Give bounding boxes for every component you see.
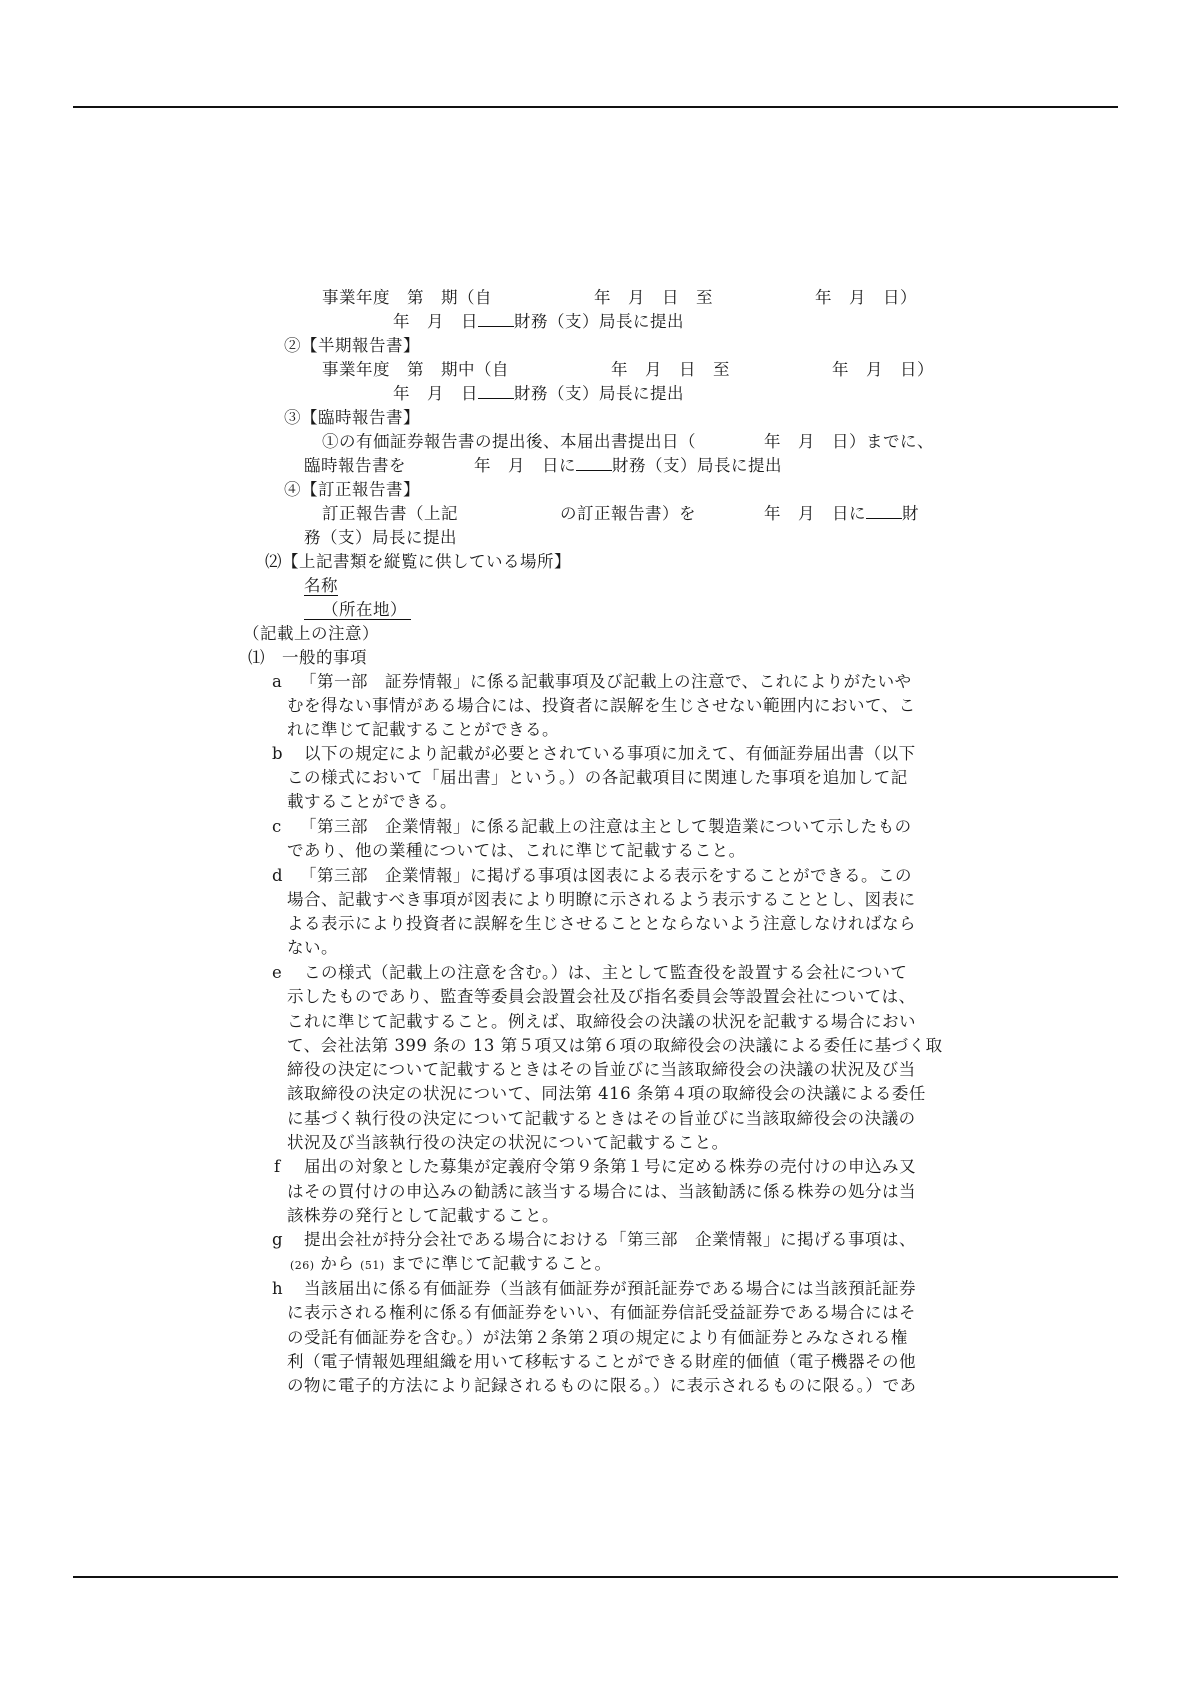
note-item-c-line-1: 「第三部 企業情報」に係る記載上の注意は主として製造業について示したもの bbox=[300, 815, 912, 839]
amendment-report-body-1: 訂正報告書（上記 の訂正報告書）を 年 月 日に財 bbox=[322, 502, 919, 526]
annual-report-submission: 年 月 日財務（支）局長に提出 bbox=[393, 310, 684, 334]
bureau-blank bbox=[478, 382, 514, 399]
note-item-e-line-7: に基づく執行役の決定について記載するときはその旨並びに当該取締役会の決議の bbox=[287, 1107, 916, 1131]
note-item-e-line-6: 該取締役の決定の状況について、同法第 416 条第４項の取締役会の決議による委任 bbox=[287, 1082, 926, 1106]
bureau-label: 財務（支）局長に提出 bbox=[514, 312, 684, 331]
note-item-e-label: e bbox=[272, 961, 282, 985]
extraordinary-report-body-1: ①の有価証券報告書の提出後、本届出書提出日（ 年 月 日）までに、 bbox=[322, 430, 934, 454]
note-item-d-line-3: よる表示により投資者に誤解を生じさせることとならないよう注意しなければなら bbox=[287, 912, 916, 936]
note-item-f-line-3: 該株券の発行として記載すること。 bbox=[287, 1204, 559, 1228]
note-item-a-label: a bbox=[272, 670, 282, 694]
note-item-c-label: c bbox=[272, 815, 282, 839]
extraordinary-report-body-2: 臨時報告書を 年 月 日に財務（支）局長に提出 bbox=[304, 454, 782, 478]
ref-mid: から bbox=[320, 1254, 354, 1273]
note-item-b-line-1: 以下の規定により記載が必要とされている事項に加えて、有価証券届出書（以下 bbox=[304, 742, 916, 766]
bureau-blank bbox=[866, 502, 902, 519]
note-item-f-line-1: 届出の対象とした募集が定義府令第９条第１号に定める株券の売付けの申込み又 bbox=[304, 1155, 916, 1179]
extraordinary-report-heading: ③【臨時報告書】 bbox=[284, 406, 420, 430]
note-item-h-label: h bbox=[272, 1277, 283, 1301]
bureau-label: 財務（支）局長に提出 bbox=[514, 384, 684, 403]
submission-date: 臨時報告書を 年 月 日に bbox=[304, 456, 576, 475]
note-item-d-line-1: 「第三部 企業情報」に掲げる事項は図表による表示をすることができる。この bbox=[300, 864, 912, 888]
note-item-e-line-8: 状況及び当該執行役の決定の状況について記載すること。 bbox=[287, 1131, 729, 1155]
note-item-b-label: b bbox=[272, 742, 283, 766]
note-item-h-line-3: の受託有価証券を含む。）が法第２条第２項の規定により有価証券とみなされる権 bbox=[287, 1326, 908, 1350]
note-item-b-line-3: 載することができる。 bbox=[287, 790, 457, 814]
ref-from: (26) bbox=[290, 1259, 315, 1272]
inspection-place-name: 名称 bbox=[304, 574, 338, 598]
note-item-h-line-4: 利（電子情報処理組織を用いて移転することができる財産的価値（電子機器その他 bbox=[287, 1350, 916, 1374]
place-name-label: 名称 bbox=[304, 577, 338, 596]
bureau-blank bbox=[478, 310, 514, 327]
note-item-d-line-2: 場合、記載すべき事項が図表により明瞭に示されるよう表示することとし、図表に bbox=[287, 888, 916, 912]
note-item-e-line-3: これに準じて記載すること。例えば、取締役会の決議の状況を記載する場合におい bbox=[287, 1010, 916, 1034]
semiannual-report-submission: 年 月 日財務（支）局長に提出 bbox=[393, 382, 684, 406]
note-item-a-line-2: むを得ない事情がある場合には、投資者に誤解を生じさせない範囲内において、こ bbox=[287, 694, 916, 718]
notes-title: （記載上の注意） bbox=[243, 622, 379, 646]
note-item-f-label: f bbox=[274, 1155, 281, 1179]
note-item-e-line-2: 示したものであり、監査等委員会設置会社及び指名委員会等設置会社については、 bbox=[287, 985, 916, 1009]
header-rule bbox=[73, 106, 1118, 108]
note-item-e-line-5: 締役の決定について記載するときはその旨並びに当該取締役会の決議の状況及び当 bbox=[287, 1058, 916, 1082]
note-item-f-line-2: はその買付けの申込みの勧誘に該当する場合には、当該勧誘に係る株券の処分は当 bbox=[287, 1180, 916, 1204]
note-item-h-line-1: 当該届出に係る有価証券（当該有価証券が預託証券である場合には当該預託証券 bbox=[304, 1277, 916, 1301]
note-item-e-line-4: て、会社法第 399 条の 13 第５項又は第６項の取締役会の決議による委任に基… bbox=[287, 1034, 943, 1058]
ref-to: (51) bbox=[360, 1259, 385, 1272]
note-item-d-line-4: ない。 bbox=[287, 936, 338, 960]
note-item-h-line-5: の物に電子的方法により記録されるものに限る。）に表示されるものに限る。）であ bbox=[287, 1374, 917, 1398]
note-item-g-line-2: (26) から (51) までに準じて記載すること。 bbox=[290, 1252, 611, 1276]
place-address-label: （所在地） bbox=[304, 601, 411, 620]
note-item-e-line-1: この様式（記載上の注意を含む。）は、主として監査役を設置する会社について bbox=[304, 961, 907, 985]
submission-date: 年 月 日 bbox=[393, 312, 478, 331]
inspection-place-heading: ⑵【上記書類を縦覧に供している場所】 bbox=[265, 550, 571, 574]
bureau-label: 財 bbox=[902, 504, 919, 523]
submission-date: 年 月 日 bbox=[393, 384, 478, 403]
note-item-b-line-2: この様式において「届出書」という。）の各記載項目に関連した事項を追加して記 bbox=[287, 766, 908, 790]
semiannual-report-period: 事業年度 第 期中（自 年 月 日 至 年 月 日） bbox=[322, 358, 934, 382]
semiannual-report-heading: ②【半期報告書】 bbox=[284, 334, 420, 358]
amendment-report-body-2: 務（支）局長に提出 bbox=[304, 526, 457, 550]
note-item-d-label: d bbox=[272, 864, 283, 888]
note-item-c-line-2: であり、他の業種については、これに準じて記載すること。 bbox=[287, 839, 746, 863]
submission-date: 訂正報告書（上記 の訂正報告書）を 年 月 日に bbox=[322, 504, 866, 523]
note-item-h-line-2: に表示される権利に係る有価証券をいい、有価証券信託受益証券である場合にはそ bbox=[287, 1301, 916, 1325]
note-item-g-line-1: 提出会社が持分会社である場合における「第三部 企業情報」に掲げる事項は、 bbox=[304, 1228, 916, 1252]
bureau-label: 財務（支）局長に提出 bbox=[612, 456, 782, 475]
bureau-blank bbox=[576, 454, 612, 471]
inspection-place-address: （所在地） bbox=[304, 598, 411, 622]
note-item-g-label: g bbox=[272, 1228, 283, 1252]
notes-section-1-heading: ⑴ 一般的事項 bbox=[248, 646, 367, 670]
annual-report-period: 事業年度 第 期（自 年 月 日 至 年 月 日） bbox=[322, 286, 917, 310]
note-item-a-line-1: 「第一部 証券情報」に係る記載事項及び記載上の注意で、これによりがたいや bbox=[300, 670, 912, 694]
ref-tail: までに準じて記載すること。 bbox=[390, 1254, 611, 1273]
footer-rule bbox=[73, 1576, 1118, 1578]
note-item-a-line-3: れに準じて記載することができる。 bbox=[287, 718, 559, 742]
amendment-report-heading: ④【訂正報告書】 bbox=[284, 478, 420, 502]
